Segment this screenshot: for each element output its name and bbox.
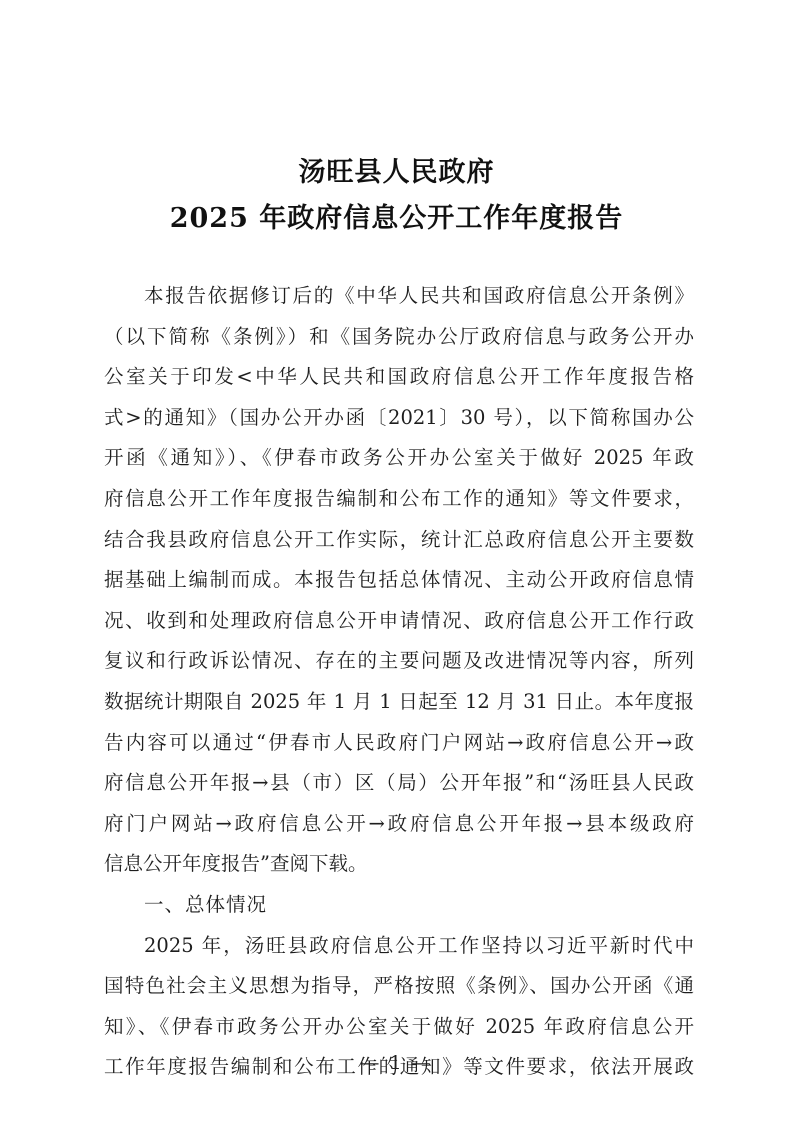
section-heading-overview: 一、总体情况 — [144, 892, 267, 918]
paragraph-line: 信息公开年度报告”查阅下载。 — [104, 851, 694, 877]
paragraph-line: 府门户网站→政府信息公开→政府信息公开年报→县本级政府 — [104, 811, 694, 837]
paragraph-line: 府信息公开年报→县（市）区（局）公开年报”和“汤旺县人民政 — [104, 770, 694, 796]
paragraph-line: 况、收到和处理政府信息公开申请情况、政府信息公开工作行政 — [104, 608, 694, 634]
page-number: — 1 — — [0, 1052, 793, 1074]
paragraph-line: 式>的通知》（国办公开办函〔2021〕30 号），以下简称国办公 — [104, 405, 694, 431]
paragraph-line: 复议和行政诉讼情况、存在的主要问题及改进情况等内容，所列 — [104, 648, 694, 674]
document-title-line2: 2025 年政府信息公开工作年度报告 — [0, 196, 793, 235]
document-title-line1: 汤旺县人民政府 — [0, 150, 793, 189]
paragraph-line: 数据统计期限自 2025 年 1 月 1 日起至 12 月 31 日止。本年度报 — [104, 689, 694, 715]
paragraph-line: （以下简称《条例》）和《国务院办公厅政府信息与政务公开办 — [104, 324, 694, 350]
paragraph-line: 知》、《伊春市政务公开办公室关于做好 2025 年政府信息公开 — [104, 1014, 694, 1040]
paragraph-line: 据基础上编制而成。本报告包括总体情况、主动公开政府信息情 — [104, 567, 694, 593]
paragraph-line: 公室关于印发<中华人民共和国政府信息公开工作年度报告格 — [104, 364, 694, 390]
paragraph-line: 2025 年，汤旺县政府信息公开工作坚持以习近平新时代中 — [144, 933, 694, 959]
paragraph-line: 结合我县政府信息公开工作实际，统计汇总政府信息公开主要数 — [104, 527, 694, 553]
paragraph-line: 府信息公开工作年度报告编制和公布工作的通知》等文件要求， — [104, 486, 694, 512]
paragraph-line: 开函《通知》）、《伊春市政务公开办公室关于做好 2025 年政 — [104, 445, 694, 471]
paragraph-line: 本报告依据修订后的《中华人民共和国政府信息公开条例》 — [144, 283, 694, 309]
paragraph-line: 国特色社会主义思想为指导，严格按照《条例》、国办公开函《通 — [104, 973, 694, 999]
document-page: 汤旺县人民政府 2025 年政府信息公开工作年度报告 本报告依据修订后的《中华人… — [0, 0, 793, 1122]
paragraph-line: 告内容可以通过“伊春市人民政府门户网站→政府信息公开→政 — [104, 730, 694, 756]
